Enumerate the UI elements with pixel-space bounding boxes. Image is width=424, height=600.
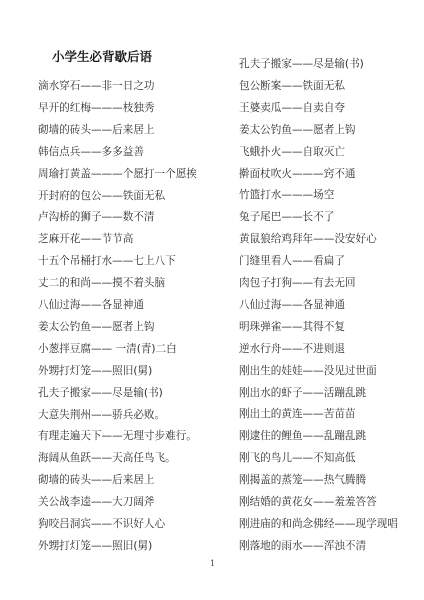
proverb-line: 韩信点兵——多多益善 [38,145,144,159]
proverb-line: 周瑜打黄盖———个愿打一个愿挨 [38,167,197,181]
proverb-line: 兔子尾巴——长不了 [239,210,334,224]
proverb-line: 姜太公钓鱼——愿者上钩 [38,320,155,334]
proverb-line: 逆水行舟——不进则退 [239,342,345,356]
proverb-line: 海阔从鱼跃——天高任鸟飞。 [38,451,176,465]
proverb-line: 肉包子打狗——有去无回 [239,276,356,290]
proverb-line: 黄鼠狼给鸡拜年——没安好心 [239,232,377,246]
proverb-line: 孔夫子搬家——尽是输(书) [239,57,364,71]
proverb-line: 擀面杖吹火———窍不通 [239,167,356,181]
document-page: 小学生必背歇后语 滴水穿石——非一日之功早开的红梅———枝独秀砌墙的砖头——后来… [0,0,424,600]
proverb-line: 丈二的和尚——摸不着头脑 [38,276,165,290]
proverb-line: 刚出生的娃娃——没见过世面 [239,364,377,378]
proverb-line: 砌墙的砖头——后来居上 [38,123,155,137]
proverb-line: 王婆卖瓜——自卖自夸 [239,101,345,115]
proverb-line: 明珠弹雀——其得不复 [239,320,345,334]
proverb-line: 卢沟桥的狮子——数不清 [38,210,155,224]
proverb-line: 外甥打灯笼——照旧(舅) [38,364,152,378]
proverb-line: 刚飞的鸟儿——不知高低 [239,451,356,465]
proverb-line: 包公断案——铁面无私 [239,79,345,93]
proverb-line: 早开的红梅———枝独秀 [38,101,155,115]
proverb-line: 八仙过海——各显神通 [239,298,345,312]
proverb-line: 关公战李逵——大刀阔斧 [38,495,155,509]
proverb-line: 开封府的包公——铁面无私 [38,189,165,203]
proverb-line: 八仙过海——各显神通 [38,298,144,312]
proverb-line: 刚逮住的鲤鱼——乱蹦乱跳 [239,429,366,443]
proverb-line: 飞蛾扑火——自取灭亡 [239,145,345,159]
proverb-line: 刚出水的虾子——活蹦乱跳 [239,386,366,400]
proverb-line: 有理走遍天下——无理寸步难行。 [38,429,197,443]
proverb-line: 滴水穿石——非一日之功 [38,79,155,93]
proverb-line: 姜太公钓鱼——愿者上钩 [239,123,356,137]
proverb-line: 大意失荆州——骄兵必败。 [38,408,165,422]
proverb-line: 门缝里看人——看扁了 [239,254,345,268]
proverb-line: 孔夫子搬家——尽是输(书) [38,386,163,400]
proverb-line: 十五个吊桶打水——七上八下 [38,254,176,268]
proverb-line: 狗咬吕洞宾——不识好人心 [38,517,165,531]
document-title: 小学生必背歇后语 [52,47,152,65]
proverb-line: 竹篮打水———场空 [239,188,334,202]
page-number: 1 [210,559,215,568]
proverb-line: 芝麻开花——节节高 [38,232,133,246]
proverb-line: 刚落地的雨水——浑浊不清 [239,539,366,553]
proverb-line: 刚结婚的黄花女——羞羞答答 [239,495,377,509]
proverb-line: 刚进庙的和尚念佛经——现学现唱 [239,517,398,531]
proverb-line: 外甥打灯笼——照旧(舅) [38,539,152,553]
proverb-line: 刚出土的黄连——苦苗苗 [239,407,356,421]
proverb-line: 砌墙的砖头——后来居上 [38,473,155,487]
proverb-line: 小葱拌豆腐—— 一清(青)二白 [38,342,177,356]
proverb-line: 刚揭盖的蒸笼——热气腾腾 [239,473,366,487]
